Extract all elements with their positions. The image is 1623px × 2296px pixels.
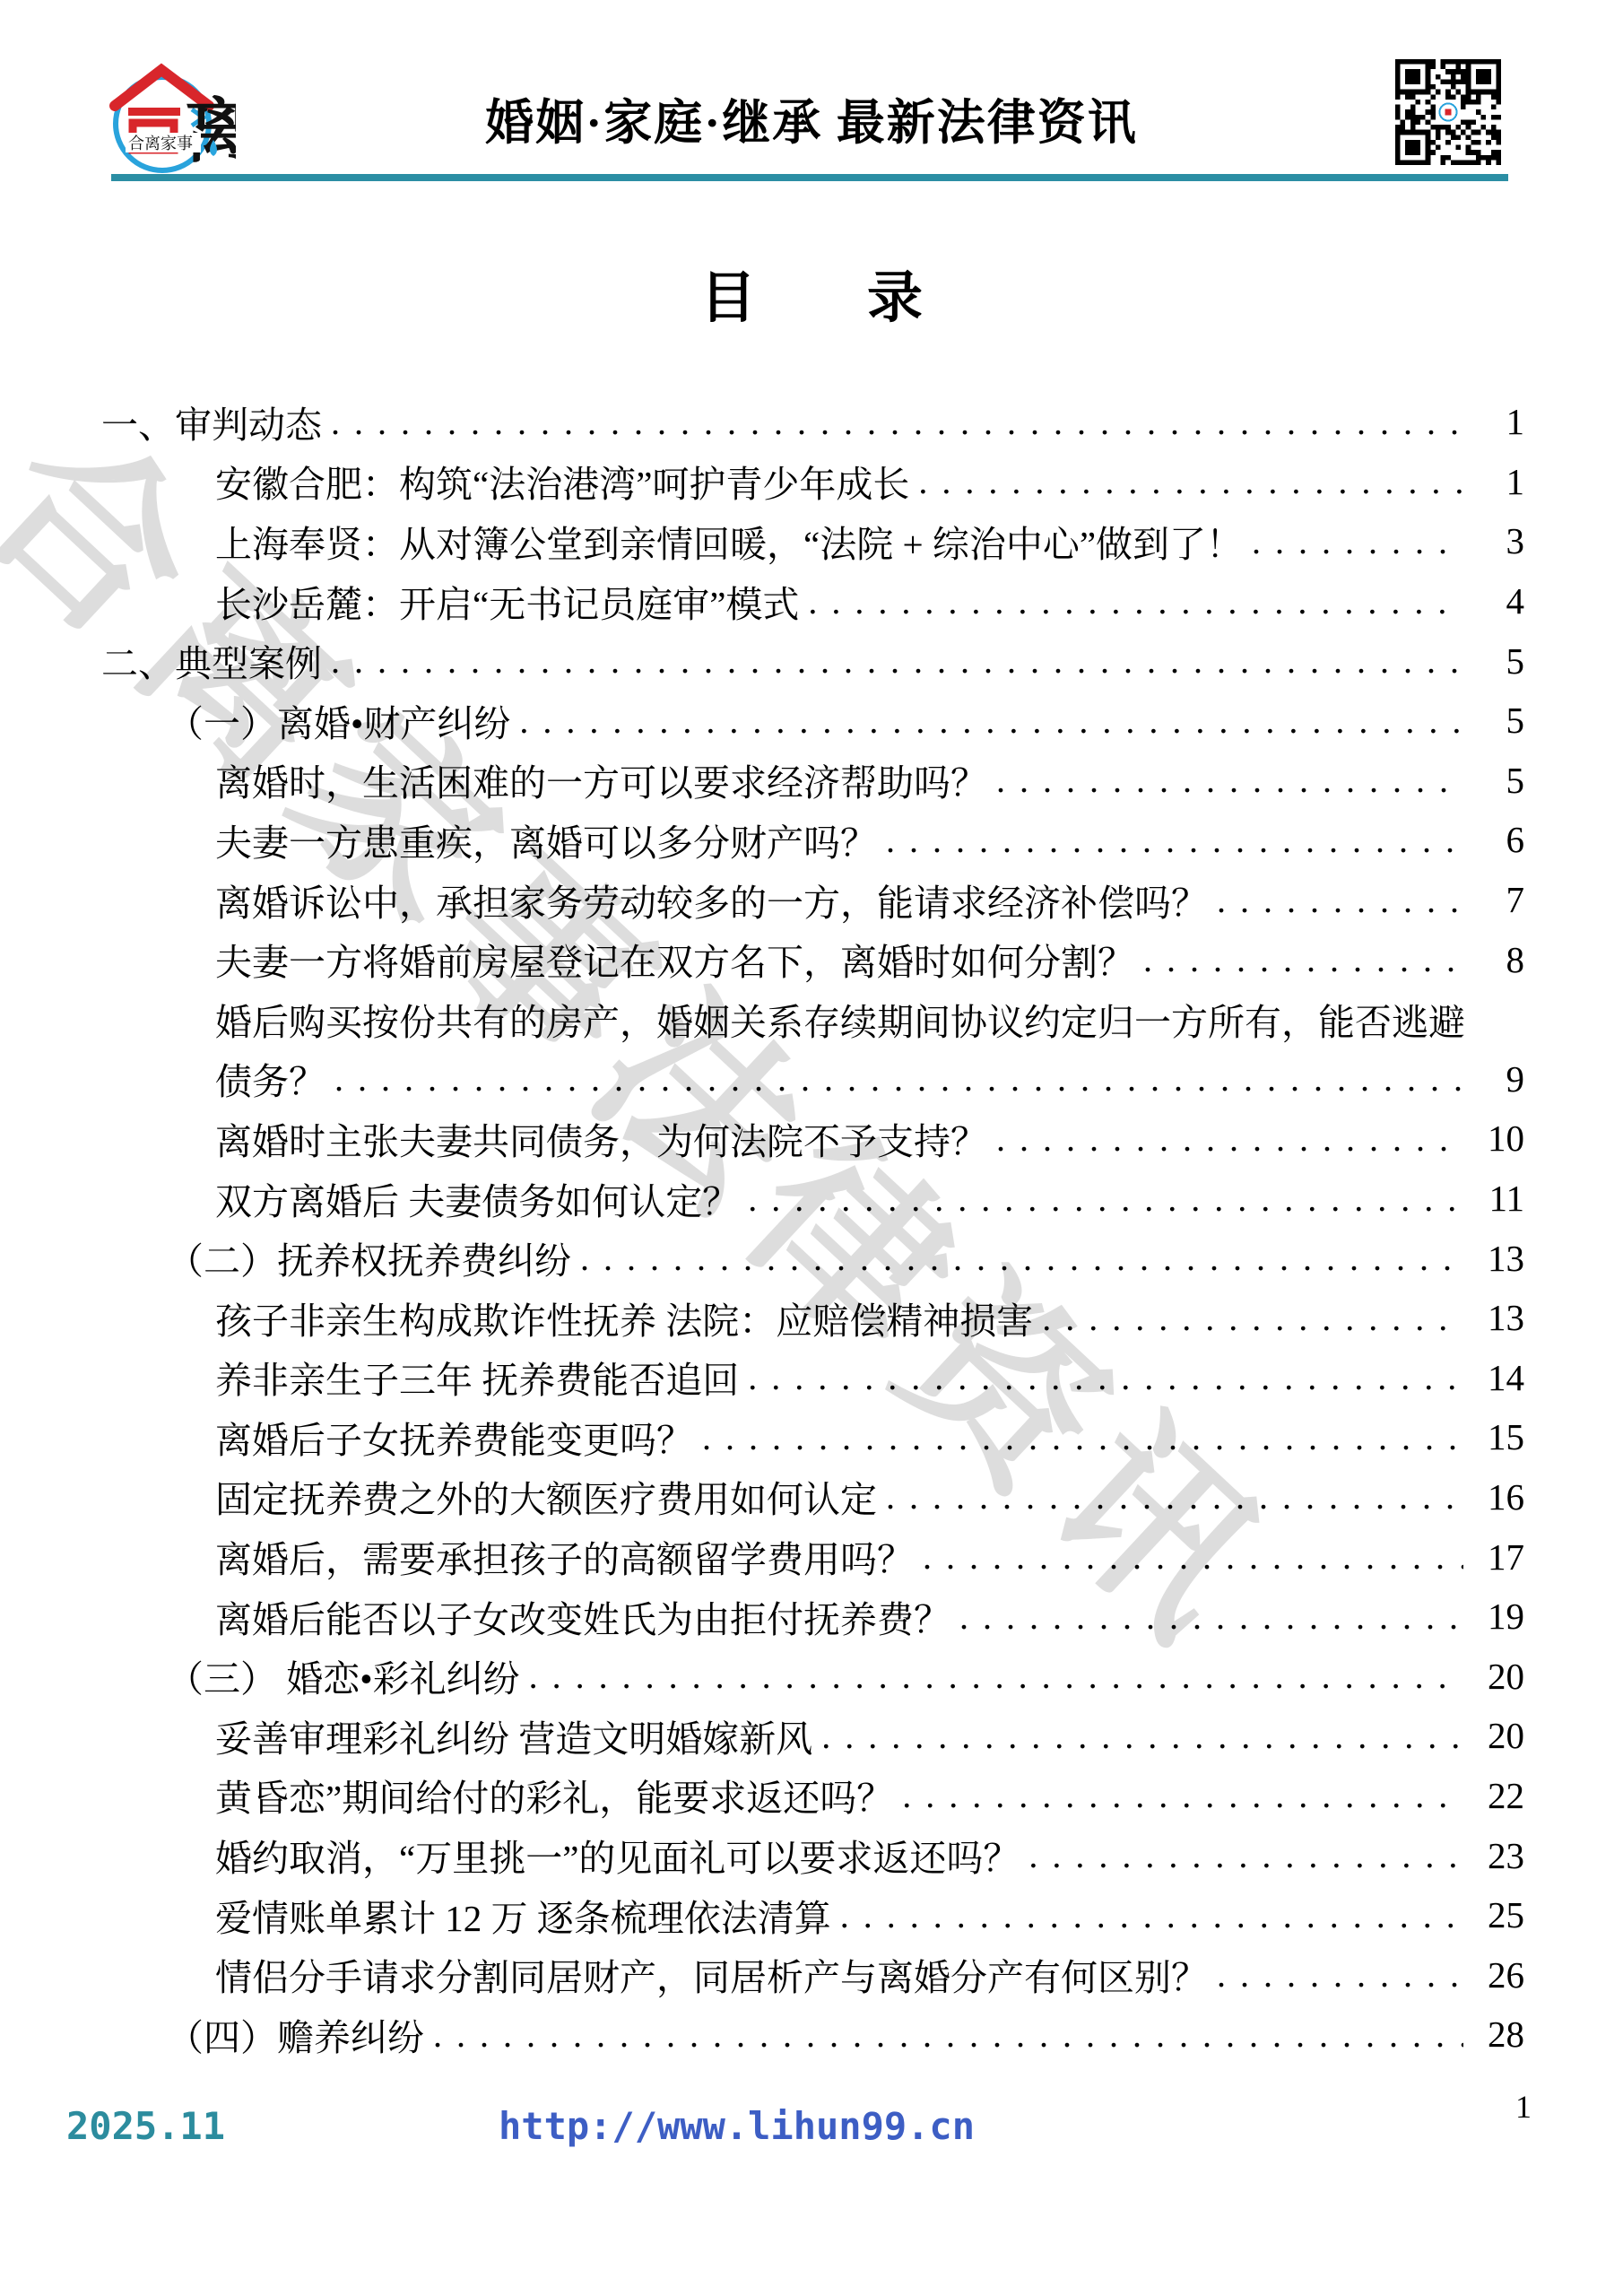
toc-page-number: 5 bbox=[1469, 699, 1524, 742]
toc-entry-label: 养非亲生子三年 抚养费能否追回 bbox=[215, 1351, 739, 1404]
toc-entry[interactable]: 黄昏恋”期间给付的彩礼，能要求返还吗？ ....................… bbox=[101, 1766, 1524, 1826]
toc-leader-dots: ........................................… bbox=[996, 1118, 1463, 1160]
toc-leader-dots: ........................................… bbox=[1028, 1834, 1463, 1876]
toc-leader-dots: ........................................… bbox=[331, 401, 1463, 443]
toc-entry[interactable]: 离婚后能否以子女改变姓氏为由拒付抚养费？ ...................… bbox=[101, 1587, 1524, 1647]
toc-leader-dots: ........................................… bbox=[808, 580, 1463, 622]
toc-leader-dots: ........................................… bbox=[580, 1237, 1463, 1279]
toc-leader-dots: ........................................… bbox=[923, 1535, 1463, 1578]
toc-entry[interactable]: 离婚诉讼中，承担家务劳动较多的一方，能请求经济补偿吗？ ............… bbox=[101, 870, 1524, 930]
qr-code bbox=[1395, 59, 1501, 165]
toc-entry-label: 离婚诉讼中，承担家务劳动较多的一方，能请求经济补偿吗？ bbox=[215, 874, 1208, 926]
toc-entry[interactable]: 债务？ ....................................… bbox=[101, 1049, 1524, 1109]
toc-page-number: 8 bbox=[1469, 938, 1524, 981]
toc-leader-dots: ........................................… bbox=[748, 1178, 1463, 1220]
toc-entry-label: 婚后购买按份共有的房产，婚姻关系存续期间协议约定归一方所有，能否逃避 bbox=[215, 993, 1465, 1046]
toc-entry-label: 夫妻一方患重疾，离婚可以多分财产吗？ bbox=[215, 813, 877, 866]
toc-leader-dots: ........................................… bbox=[959, 1596, 1463, 1638]
toc-page-number: 5 bbox=[1469, 759, 1524, 802]
toc-entry[interactable]: 情侣分手请求分割同居财产，同居析产与离婚分产有何区别？ ............… bbox=[101, 1944, 1524, 2005]
toc-leader-dots: ........................................… bbox=[886, 1475, 1463, 1518]
toc-entry-label: 夫妻一方将婚前房屋登记在双方名下，离婚时如何分割？ bbox=[215, 933, 1134, 986]
toc-entry-label: 离婚时主张夫妻共同债务，为何法院不予支持？ bbox=[215, 1112, 987, 1165]
toc-leader-dots: ........................................… bbox=[433, 2013, 1463, 2056]
toc-leader-dots: ........................................… bbox=[886, 819, 1463, 861]
toc-entry[interactable]: 一、审判动态 .................................… bbox=[101, 392, 1524, 452]
toc-entry[interactable]: 爱情账单累计 12 万 逐条梳理依法清算 ...................… bbox=[101, 1885, 1524, 1945]
footer-url[interactable]: http://www.lihun99.cn bbox=[499, 2104, 975, 2148]
toc-leader-dots: ........................................… bbox=[821, 1715, 1463, 1757]
toc-entry[interactable]: 夫妻一方将婚前房屋登记在双方名下，离婚时如何分割？ ..............… bbox=[101, 929, 1524, 989]
toc-entry[interactable]: 孩子非亲生构成欺诈性抚养 法院：应赔偿精神损害 ................… bbox=[101, 1288, 1524, 1348]
toc-leader-dots: ........................................… bbox=[1252, 520, 1463, 562]
toc-page-number: 16 bbox=[1469, 1475, 1524, 1518]
toc-page-number: 3 bbox=[1469, 519, 1524, 562]
toc-page-number: 10 bbox=[1469, 1117, 1524, 1160]
toc-entry-label: 情侣分手请求分割同居财产，同居析产与离婚分产有何区别？ bbox=[215, 1948, 1208, 2001]
toc-entry[interactable]: （二）抚养权抚养费纠纷 ............................… bbox=[101, 1228, 1524, 1288]
toc-entry-label: 长沙岳麓：开启“无书记员庭审”模式 bbox=[215, 575, 799, 628]
toc-entry[interactable]: 离婚后，需要承担孩子的高额留学费用吗？ ....................… bbox=[101, 1526, 1524, 1587]
toc-entry-label: （一）离婚•财产纠纷 bbox=[167, 694, 510, 747]
toc-leader-dots: ........................................… bbox=[996, 759, 1463, 801]
toc-entry[interactable]: 二、典型案例 .................................… bbox=[101, 631, 1524, 691]
toc-entry-label: 离婚后，需要承担孩子的高额留学费用吗？ bbox=[215, 1530, 914, 1583]
toc-leader-dots: ........................................… bbox=[1042, 1297, 1463, 1339]
toc-leader-dots: ........................................… bbox=[840, 1894, 1463, 1936]
header-title: 婚姻·家庭·继承 最新法律资讯 bbox=[0, 84, 1623, 153]
toc-page-number: 22 bbox=[1469, 1774, 1524, 1817]
page-title: 目 录 bbox=[0, 253, 1623, 333]
toc-page-number: 7 bbox=[1469, 878, 1524, 921]
toc-page-number: 15 bbox=[1469, 1415, 1524, 1458]
toc-leader-dots: ........................................… bbox=[902, 1774, 1463, 1816]
toc-page-number: 1 bbox=[1469, 460, 1524, 503]
toc-page-number: 5 bbox=[1469, 639, 1524, 683]
toc-entry[interactable]: 长沙岳麓：开启“无书记员庭审”模式 ......................… bbox=[101, 571, 1524, 631]
toc-entry[interactable]: 双方离婚后 夫妻债务如何认定？ ........................… bbox=[101, 1169, 1524, 1229]
toc-entry-label: 一、审判动态 bbox=[101, 396, 322, 448]
toc-entry[interactable]: 离婚时主张夫妻共同债务，为何法院不予支持？ ..................… bbox=[101, 1109, 1524, 1169]
toc-leader-dots: ........................................… bbox=[748, 1356, 1463, 1398]
toc-leader-dots: ........................................… bbox=[918, 460, 1463, 502]
qr-code-image bbox=[1395, 59, 1501, 165]
toc-entry[interactable]: 上海奉贤：从对簿公堂到亲情回暖，“法院 + 综治中心”做到了！ ........… bbox=[101, 511, 1524, 571]
toc-entry-label: 上海奉贤：从对簿公堂到亲情回暖，“法院 + 综治中心”做到了！ bbox=[215, 515, 1243, 568]
toc-leader-dots: ........................................… bbox=[331, 639, 1463, 682]
toc-entry-label: 债务？ bbox=[215, 1052, 325, 1105]
toc-entry-label: 婚约取消，“万里挑一”的见面礼可以要求返还吗？ bbox=[215, 1829, 1020, 1882]
footer-date: 2025.11 bbox=[66, 2104, 225, 2148]
toc-page-number: 9 bbox=[1469, 1057, 1524, 1100]
toc-leader-dots: ........................................… bbox=[1143, 938, 1463, 980]
toc-entry[interactable]: 离婚时，生活困难的一方可以要求经济帮助吗？ ..................… bbox=[101, 751, 1524, 811]
toc-entry-label: 离婚后子女抚养费能变更吗？ bbox=[215, 1411, 693, 1464]
toc-page-number: 1 bbox=[1469, 400, 1524, 443]
toc-page-number: 17 bbox=[1469, 1535, 1524, 1578]
toc-page-number: 20 bbox=[1469, 1655, 1524, 1698]
toc-entry-label: 双方离婚后 夫妻债务如何认定？ bbox=[215, 1172, 739, 1225]
toc-entry[interactable]: 婚后购买按份共有的房产，婚姻关系存续期间协议约定归一方所有，能否逃避 bbox=[101, 989, 1524, 1049]
toc-leader-dots: ........................................… bbox=[529, 1655, 1463, 1697]
toc-entry-label: 孩子非亲生构成欺诈性抚养 法院：应赔偿精神损害 bbox=[215, 1291, 1033, 1344]
toc-page-number: 14 bbox=[1469, 1356, 1524, 1399]
toc-entry-label: 妥善审理彩礼纠纷 营造文明婚嫁新风 bbox=[215, 1709, 812, 1762]
toc-entry[interactable]: 夫妻一方患重疾，离婚可以多分财产吗？ .....................… bbox=[101, 810, 1524, 870]
toc-entry-label: （二）抚养权抚养费纠纷 bbox=[167, 1231, 571, 1284]
toc-entry[interactable]: 固定抚养费之外的大额医疗费用如何认定 .....................… bbox=[101, 1467, 1524, 1527]
header-divider bbox=[111, 174, 1508, 181]
toc-page-number: 19 bbox=[1469, 1595, 1524, 1638]
toc-page-number: 26 bbox=[1469, 1953, 1524, 1996]
toc-entry-label: （四）赡养纠纷 bbox=[167, 2008, 424, 2061]
toc-entry[interactable]: （三） 婚恋•彩礼纠纷 ............................… bbox=[101, 1646, 1524, 1706]
toc-entry-label: 安徽合肥：构筑“法治港湾”呵护青少年成长 bbox=[215, 455, 909, 508]
toc-entry[interactable]: 婚约取消，“万里挑一”的见面礼可以要求返还吗？ ................… bbox=[101, 1825, 1524, 1885]
toc-entry[interactable]: （四）赡养纠纷 ................................… bbox=[101, 2005, 1524, 2065]
toc-page-number: 25 bbox=[1469, 1893, 1524, 1936]
toc-leader-dots: ........................................… bbox=[1217, 879, 1463, 921]
toc-entry[interactable]: （一）离婚•财产纠纷 .............................… bbox=[101, 691, 1524, 751]
toc-entry[interactable]: 养非亲生子三年 抚养费能否追回 ........................… bbox=[101, 1348, 1524, 1408]
toc-page-number: 28 bbox=[1469, 2013, 1524, 2056]
toc-entry-label: 爱情账单累计 12 万 逐条梳理依法清算 bbox=[215, 1889, 831, 1942]
toc-entry-label: （三） 婚恋•彩礼纠纷 bbox=[167, 1649, 520, 1702]
toc-entry[interactable]: 安徽合肥：构筑“法治港湾”呵护青少年成长 ...................… bbox=[101, 452, 1524, 512]
toc-entry-label: 二、典型案例 bbox=[101, 634, 322, 687]
toc-entry[interactable]: 离婚后子女抚养费能变更吗？ ..........................… bbox=[101, 1407, 1524, 1467]
toc-page-number: 23 bbox=[1469, 1834, 1524, 1877]
toc-entry-label: 黄昏恋”期间给付的彩礼，能要求返还吗？ bbox=[215, 1769, 893, 1822]
toc-page-number: 13 bbox=[1469, 1237, 1524, 1280]
toc-page-number: 20 bbox=[1469, 1714, 1524, 1757]
toc-entry-label: 离婚后能否以子女改变姓氏为由拒付抚养费？ bbox=[215, 1590, 950, 1643]
toc-leader-dots: ........................................… bbox=[1217, 1953, 1463, 1996]
toc-page-number: 4 bbox=[1469, 579, 1524, 622]
toc-page-number: 11 bbox=[1469, 1177, 1524, 1220]
toc-leader-dots: ........................................… bbox=[702, 1416, 1463, 1458]
toc-entry-label: 固定抚养费之外的大额医疗费用如何认定 bbox=[215, 1470, 877, 1523]
toc-page-number: 6 bbox=[1469, 818, 1524, 861]
toc-entry-label: 离婚时，生活困难的一方可以要求经济帮助吗？ bbox=[215, 753, 987, 806]
toc-list: 一、审判动态 .................................… bbox=[101, 392, 1524, 2065]
footer-page-number: 1 bbox=[1488, 2088, 1532, 2126]
toc-page-number: 13 bbox=[1469, 1296, 1524, 1339]
toc-entry[interactable]: 妥善审理彩礼纠纷 营造文明婚嫁新风 ......................… bbox=[101, 1706, 1524, 1766]
toc-leader-dots: ........................................… bbox=[519, 700, 1463, 742]
toc-leader-dots: ........................................… bbox=[334, 1057, 1463, 1100]
